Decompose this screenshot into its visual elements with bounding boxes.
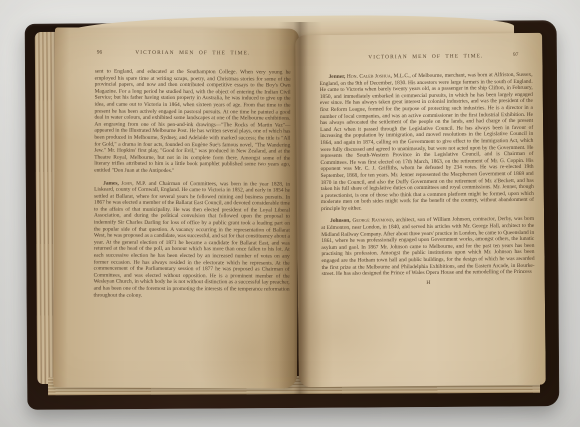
paragraph-text: , M.L.C., of Melbourne, merchant, was bo… bbox=[320, 72, 534, 212]
entry-name: Hon. Caleb Joshua bbox=[347, 73, 391, 79]
paragraph-entry-james: James, John, M.P. and Chairman of Commit… bbox=[94, 180, 291, 300]
left-page-header: 96 VICTORIAN MEN OF THE TIME. bbox=[95, 50, 291, 61]
right-page-content: VICTORIAN MEN OF THE TIME. 97 Jenner, Ho… bbox=[319, 53, 534, 287]
paragraph-entry-jenner: Jenner, Hon. Caleb Joshua, M.L.C., of Me… bbox=[320, 72, 534, 213]
paragraph-entry-johnson: Johnson, George Raymond, architect, son … bbox=[321, 216, 535, 278]
entry-headword: James, bbox=[103, 180, 121, 186]
signature-mark: H bbox=[322, 279, 535, 287]
right-page: VICTORIAN MEN OF THE TIME. 97 Jenner, Ho… bbox=[295, 33, 546, 388]
right-page-number: 97 bbox=[513, 52, 518, 58]
entry-name: George Raymond bbox=[352, 218, 392, 224]
left-running-header: VICTORIAN MEN OF THE TIME. bbox=[95, 50, 291, 57]
right-running-header: VICTORIAN MEN OF THE TIME. bbox=[319, 53, 532, 61]
entry-headword: Johnson, bbox=[330, 218, 352, 224]
left-page-number: 96 bbox=[97, 50, 102, 56]
left-page-content: 96 VICTORIAN MEN OF THE TIME. sent to En… bbox=[94, 50, 291, 300]
paragraph-text: , M.P. and Chairman of Committees, was b… bbox=[94, 180, 291, 298]
left-page: 96 VICTORIAN MEN OF THE TIME. sent to En… bbox=[53, 27, 299, 388]
book-photograph: 96 VICTORIAN MEN OF THE TIME. sent to En… bbox=[0, 0, 580, 427]
right-page-header: VICTORIAN MEN OF THE TIME. 97 bbox=[319, 53, 532, 65]
entry-name: John bbox=[121, 180, 132, 186]
entry-headword: Jenner, bbox=[329, 74, 347, 80]
paragraph-continuation: sent to England, and educated at the Sou… bbox=[94, 69, 291, 176]
paragraph-text: , architect, son of William Johnson, con… bbox=[321, 216, 534, 277]
paragraph-text: sent to England, and educated at the Sou… bbox=[94, 69, 291, 174]
